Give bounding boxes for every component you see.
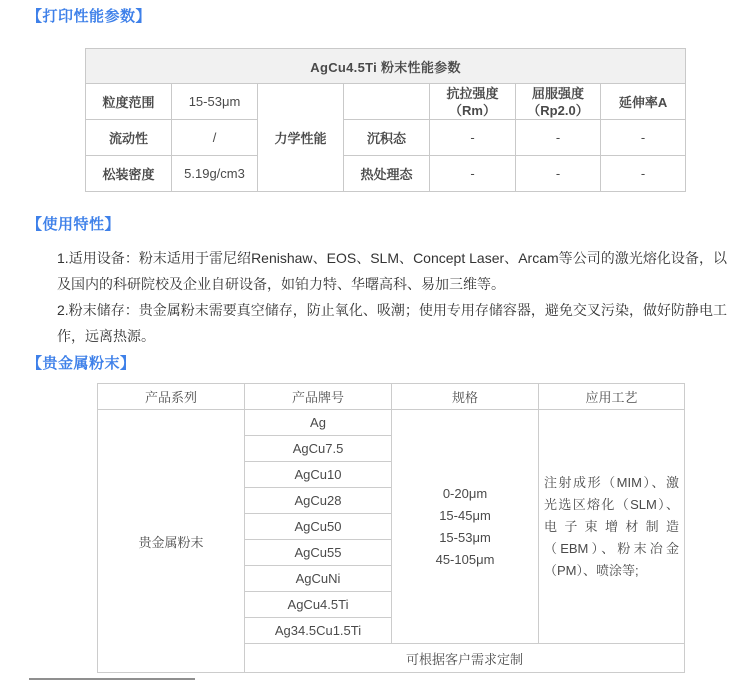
precious-powder-table: 产品系列 产品牌号 规格 应用工艺 贵金属粉末 Ag 0-20μm 15-45μ… — [97, 383, 685, 673]
print-table-title: AgCu4.5Ti 粉末性能参数 — [86, 49, 686, 84]
spec-line: 15-53μm — [394, 527, 536, 549]
label-heat-treated: 热处理态 — [344, 156, 430, 192]
grade-cell: AgCu10 — [245, 462, 392, 488]
col-header-product-series: 产品系列 — [98, 384, 245, 410]
label-mechanical-properties: 力学性能 — [258, 84, 344, 192]
col-header-elongation: 延伸率A — [601, 84, 686, 120]
section-title-print-params: 【打印性能参数】 — [27, 0, 754, 25]
series-cell: 贵金属粉末 — [98, 410, 245, 673]
value-apparent-density: 5.19g/cm3 — [172, 156, 258, 192]
page: { "colors": { "accent": "#3E80E9", "tabl… — [0, 0, 754, 682]
value-cell: - — [430, 120, 516, 156]
value-particle-size: 15-53μm — [172, 84, 258, 120]
value-cell: - — [601, 156, 686, 192]
applications-cell: 注射成形（MIM）、激光选区熔化（SLM）、电子束增材制造（EBM）、粉末冶金（… — [539, 410, 685, 644]
print-performance-table: AgCu4.5Ti 粉末性能参数 粒度范围 15-53μm 力学性能 抗拉强度 … — [85, 48, 686, 192]
divider-line — [29, 678, 195, 680]
grade-cell: AgCu50 — [245, 514, 392, 540]
grade-cell: AgCu4.5Ti — [245, 592, 392, 618]
col-header-yield-strength: 屈服强度 （Rp2.0） — [516, 84, 601, 120]
section-title-usage: 【使用特性】 — [27, 216, 754, 233]
col-header-tensile-strength: 抗拉强度 （Rm） — [430, 84, 516, 120]
value-cell: - — [516, 120, 601, 156]
grade-cell: Ag — [245, 410, 392, 436]
grade-cell: AgCuNi — [245, 566, 392, 592]
label-as-deposited: 沉积态 — [344, 120, 430, 156]
col-header-application: 应用工艺 — [539, 384, 685, 410]
usage-paragraph-1: 1.适用设备：粉末适用于雷尼绍Renishaw、EOS、SLM、Concept … — [57, 245, 727, 297]
table-header-row: 产品系列 产品牌号 规格 应用工艺 — [98, 384, 685, 410]
grade-cell: AgCu55 — [245, 540, 392, 566]
empty-cell — [344, 84, 430, 120]
spec-line: 15-45μm — [394, 505, 536, 527]
value-cell: - — [430, 156, 516, 192]
table-row: 松装密度 5.19g/cm3 热处理态 - - - — [86, 156, 686, 192]
label-particle-size: 粒度范围 — [86, 84, 172, 120]
spec-line: 45-105μm — [394, 549, 536, 571]
grade-cell: AgCu7.5 — [245, 436, 392, 462]
label-flowability: 流动性 — [86, 120, 172, 156]
table-row: 流动性 / 沉积态 - - - — [86, 120, 686, 156]
usage-text-block: 1.适用设备：粉末适用于雷尼绍Renishaw、EOS、SLM、Concept … — [57, 245, 727, 349]
value-cell: - — [601, 120, 686, 156]
table-title-row: AgCu4.5Ti 粉末性能参数 — [86, 49, 686, 84]
grade-cell: AgCu28 — [245, 488, 392, 514]
section-title-precious-powder: 【贵金属粉末】 — [27, 355, 754, 372]
value-cell: - — [516, 156, 601, 192]
custom-note-cell: 可根据客户需求定制 — [245, 644, 685, 673]
table-row: 粒度范围 15-53μm 力学性能 抗拉强度 （Rm） 屈服强度 （Rp2.0）… — [86, 84, 686, 120]
value-flowability: / — [172, 120, 258, 156]
usage-paragraph-2: 2.粉末储存：贵金属粉末需要真空储存，防止氧化、吸潮；使用专用存储容器，避免交叉… — [57, 297, 727, 349]
label-apparent-density: 松装密度 — [86, 156, 172, 192]
specs-cell: 0-20μm 15-45μm 15-53μm 45-105μm — [392, 410, 539, 644]
spec-line: 0-20μm — [394, 483, 536, 505]
col-header-product-grade: 产品牌号 — [245, 384, 392, 410]
grade-cell: Ag34.5Cu1.5Ti — [245, 618, 392, 644]
col-header-specification: 规格 — [392, 384, 539, 410]
table-row: 贵金属粉末 Ag 0-20μm 15-45μm 15-53μm 45-105μm… — [98, 410, 685, 436]
